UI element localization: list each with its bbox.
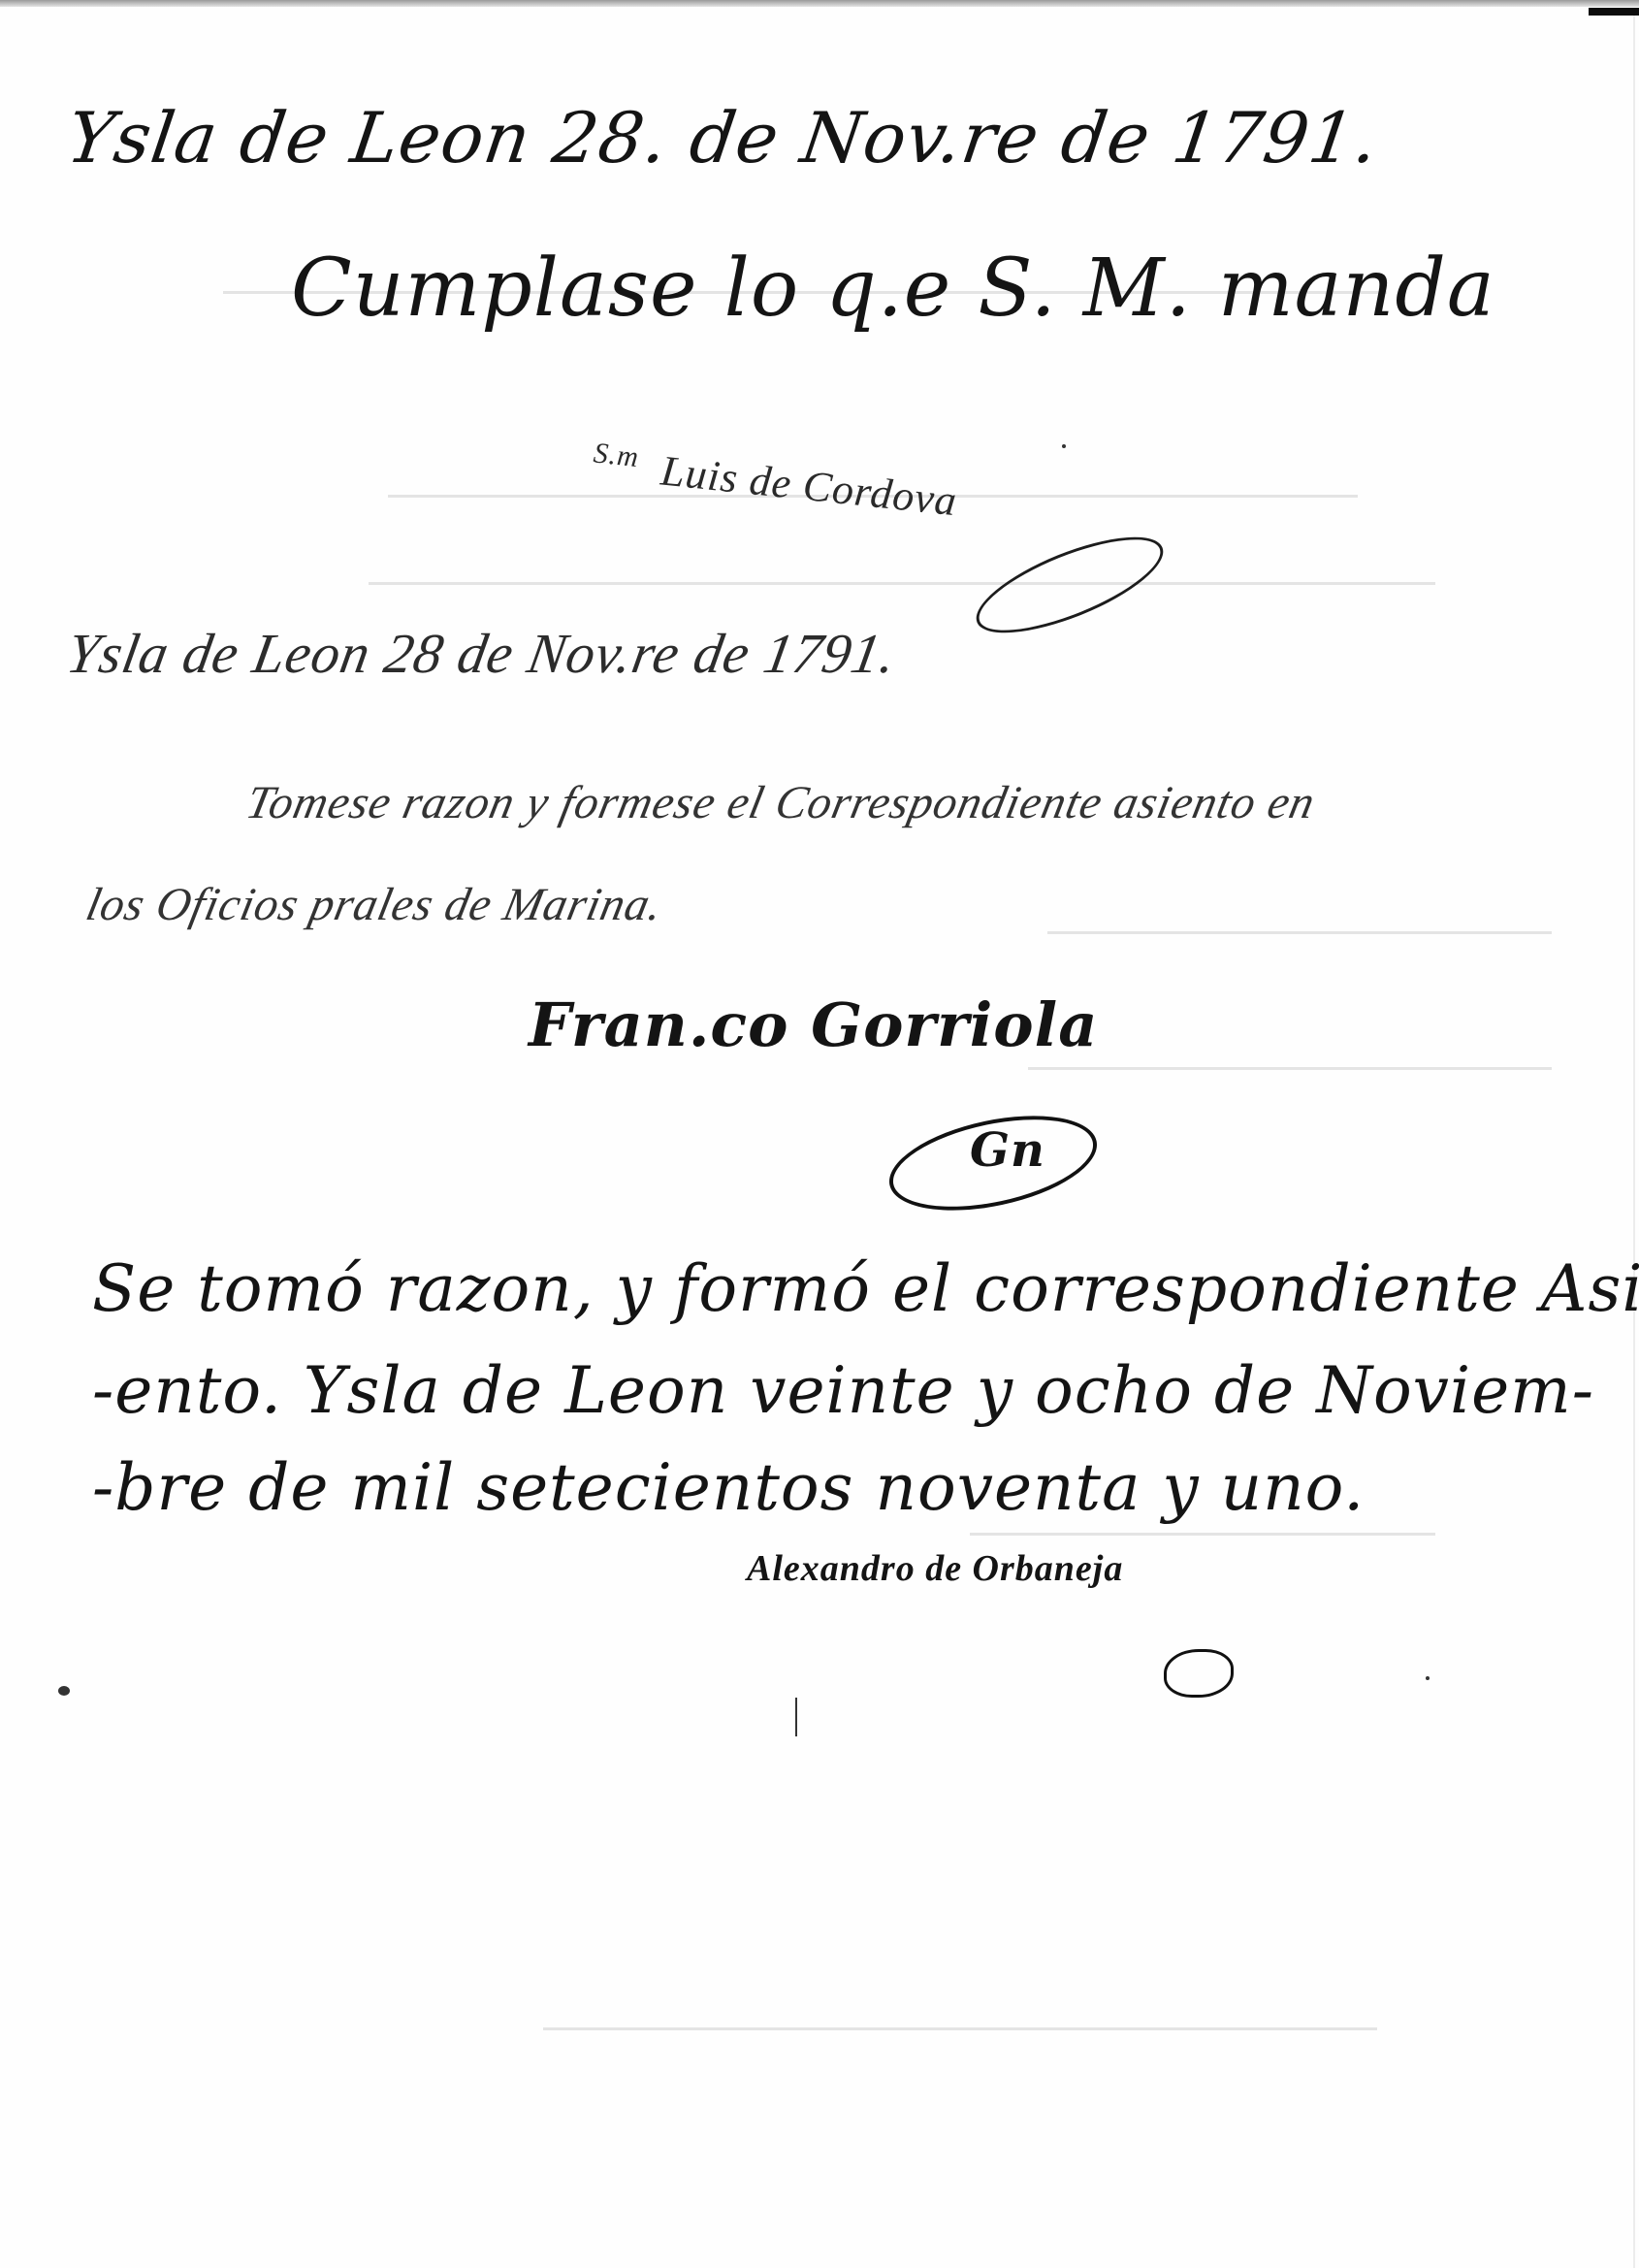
ink-speck xyxy=(795,1698,797,1736)
manuscript-page: Ysla de Leon 28. de Nov.re de 1791. Cump… xyxy=(0,0,1639,2268)
order-2-line-2: los Oficios prales de Marina. xyxy=(81,878,668,931)
ink-speck xyxy=(58,1686,70,1696)
attestation-line-3: -bre de mil setecientos noventa y uno. xyxy=(92,1450,1365,1525)
scan-right-edge xyxy=(1633,16,1635,2268)
bleed-through-line xyxy=(1028,1067,1552,1070)
ink-speck xyxy=(1062,444,1066,448)
signature-francisco-gorriola: Fran.co Gorriola xyxy=(529,989,1098,1060)
signature-name: Luis de Cordova xyxy=(659,446,959,525)
rubric-mark: Gn xyxy=(970,1123,1045,1178)
bleed-through-line xyxy=(970,1533,1435,1536)
scan-top-edge xyxy=(0,0,1639,7)
ink-speck xyxy=(1426,1676,1430,1680)
second-date: Ysla de Leon 28 de Nov.re de 1791. xyxy=(62,621,902,686)
order-2-line-1: Tomese razon y formese el Correspondient… xyxy=(241,776,1320,829)
signature-alexandro-de-orbaneja: Alexandro de Orbaneja xyxy=(747,1547,1123,1590)
attestation-line-1: Se tomó razon, y formó el correspondient… xyxy=(92,1251,1639,1326)
scan-corner-mark xyxy=(1589,8,1639,16)
bleed-through-line xyxy=(543,2027,1377,2030)
attestation-line-2: -ento. Ysla de Leon veinte y ocho de Nov… xyxy=(92,1353,1594,1428)
signature-rubric-icon xyxy=(965,518,1174,652)
signature-rubric-icon xyxy=(1164,1649,1234,1698)
signature-prefix: S.m xyxy=(592,437,640,473)
order-1-text: Cumplase lo q.e S. M. manda xyxy=(291,243,1495,335)
bleed-through-line xyxy=(369,582,1435,585)
heading-date: Ysla de Leon 28. de Nov.re de 1791. xyxy=(62,97,1384,178)
bleed-through-line xyxy=(1047,931,1552,934)
signature-luis-de-cordova: S.m Luis de Cordova xyxy=(590,437,959,526)
